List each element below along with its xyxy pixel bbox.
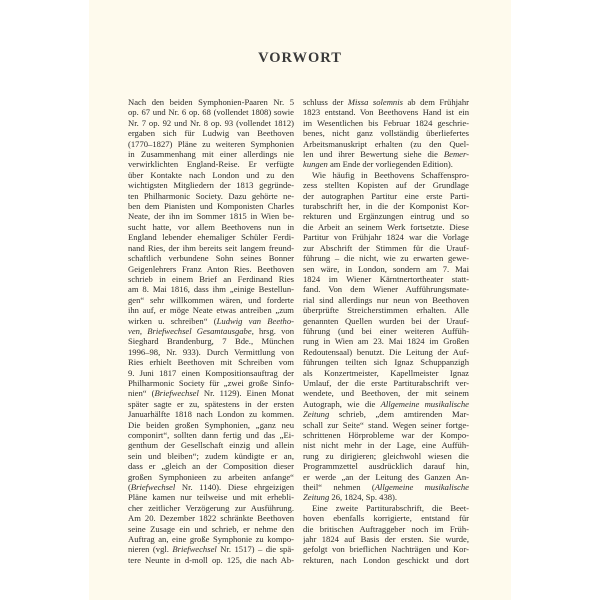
text-line: Januarhälfte 1818 nach London zu kommen. xyxy=(128,409,294,419)
document-page: VORWORT Nach den beiden Symphonien-Paare… xyxy=(89,0,511,600)
text-line: überprüfte Streicherstimmen erhalten. Al… xyxy=(303,305,469,315)
text-line: rung zu dirigieren; gleichwohl wiesen di… xyxy=(303,451,469,461)
text-line: schall zur Seite“ stand. Wegen seiner fo… xyxy=(303,420,469,430)
text-line: op. 67 und Nr. 6 op. 68 (vollendet 1808)… xyxy=(128,107,294,117)
text-line: ihn auf, er möge Neate etwas antreiben „… xyxy=(128,305,294,315)
text-line: wirken u. schreiben“ (Ludwig van Beetho- xyxy=(128,316,294,326)
text-line: seine Zusage ein und schrieb, er nehme d… xyxy=(128,524,294,534)
text-line: hoven ebenfalls korrigierte, entstand fü… xyxy=(303,513,469,523)
text-line: führung (und bei einer weiteren Auffüh- xyxy=(303,326,469,336)
text-line: Partitur von Frühjahr 1824 war die Vorla… xyxy=(303,232,469,242)
right-text-column: schluss der Missa solemnis ab dem Frühja… xyxy=(303,97,469,565)
text-line: Nr. 7 op. 92 und Nr. 8 op. 93 (vollendet… xyxy=(128,118,294,128)
text-line: ten Philharmonic Society. Dazu gehörte n… xyxy=(128,191,294,201)
text-line: ven, Briefwechsel Gesamtausgabe, hrsg. v… xyxy=(128,326,294,336)
text-line: gefolgt von brieflichen Nachträgen und K… xyxy=(303,544,469,554)
text-line: Pläne kamen nur teilweise und mit erhebl… xyxy=(128,492,294,502)
text-line: Redoutensaal) benutzt. Die Leitung der A… xyxy=(303,347,469,357)
text-line: sein und bleiben“; zudem kündigte er an, xyxy=(128,451,294,461)
text-line: rung in Wien am 23. Mai 1824 im Großen xyxy=(303,336,469,346)
text-line: cher zeitlicher Verzögerung zur Ausführu… xyxy=(128,503,294,513)
text-line: später sagte er zu, spätestens in der er… xyxy=(128,399,294,409)
text-line: er werde „an der Leitung des Ganzen An- xyxy=(303,472,469,482)
text-line: ben dem Pianisten und Komponisten Charle… xyxy=(128,201,294,211)
text-line: dass er „gleich an der Composition diese… xyxy=(128,461,294,471)
text-line: schrieb in einem Brief an Ferdinand Ries xyxy=(128,274,294,284)
text-line: Ries erhielt Beethoven mit Schreiben vom xyxy=(128,357,294,367)
text-line: nien“ (Briefwechsel Nr. 1129). Einen Mon… xyxy=(128,388,294,398)
text-line: Philharmonic Society für „zwei große Sin… xyxy=(128,378,294,388)
text-line: Nach den beiden Symphonien-Paaren Nr. 5 xyxy=(128,97,294,107)
text-line: jahr 1824 auf Basis der ersten. Sie wurd… xyxy=(303,534,469,544)
text-line: len und ihrer Bewertung siehe die Bemer- xyxy=(303,149,469,159)
text-line: schluss der Missa solemnis ab dem Frühja… xyxy=(303,97,469,107)
text-line: turabschrift her, in die der Komponist K… xyxy=(303,201,469,211)
text-line: über Kontakte nach London und zu den xyxy=(128,170,294,180)
text-line: Eine zweite Partiturabschrift, die Beet- xyxy=(303,503,469,513)
text-line: schaftlich verbundene Sohn seines Bonner xyxy=(128,253,294,263)
text-line: der autographen Partitur eine erste Part… xyxy=(303,191,469,201)
text-line: rial sind allerdings nur neun von Beetho… xyxy=(303,295,469,305)
text-line: Die beiden großen Symphonien, „ganz neu xyxy=(128,420,294,430)
text-line: führung – die nicht, wie zu erwarten gew… xyxy=(303,253,469,263)
text-line: ergaben sich für Ludwig van Beethoven xyxy=(128,128,294,138)
text-line: nand Ries, der ihm bereits seit langem f… xyxy=(128,243,294,253)
text-line: 1823 entstand. Von Beethovens Hand ist e… xyxy=(303,107,469,117)
text-line: componirt“, sollten dann fertig und das … xyxy=(128,430,294,440)
text-line: Am 20. Dezember 1822 schränkte Beethoven xyxy=(128,513,294,523)
text-line: Arbeitsmanuskript erhalten (zu den Quel- xyxy=(303,139,469,149)
text-line: schrittenen Hörprobleme war der Kompo- xyxy=(303,430,469,440)
page-title: VORWORT xyxy=(89,50,511,67)
text-line: gen“ sehr willkommen wären, und forderte xyxy=(128,295,294,305)
text-line: England lebender ehemaliger Schüler Ferd… xyxy=(128,232,294,242)
text-line: nieren (vgl. Briefwechsel Nr. 1517) – di… xyxy=(128,544,294,554)
text-line: genannten Quellen wurden bei der Urauf- xyxy=(303,316,469,326)
text-line: am 8. Mai 1816, dass ihm „einige Bestell… xyxy=(128,284,294,294)
text-line: theil“ nehmen (Allgemeine musikalische xyxy=(303,482,469,492)
text-line: benes, nicht ganz vollständig überliefer… xyxy=(303,128,469,138)
text-line: Auftrag an, eine große Symphonie zu komp… xyxy=(128,534,294,544)
text-line: Geigenlehrers Franz Anton Ries. Beethove… xyxy=(128,264,294,274)
text-line: 9. Juni 1817 einen Kompositionsauftrag d… xyxy=(128,368,294,378)
text-line: Zeitung schrieb, „dem amtirenden Mar- xyxy=(303,409,469,419)
text-line: rekturen, nach London geschickt und dort xyxy=(303,555,469,565)
text-line: sen wäre, in London, sondern am 7. Mai xyxy=(303,264,469,274)
text-line: Wie häufig in Beethovens Schaffenspro- xyxy=(303,170,469,180)
text-line: rekturen und Ergänzungen eintrug und so xyxy=(303,211,469,221)
text-line: genthum der Gesellschaft einzig und alle… xyxy=(128,440,294,450)
text-line: fand. Von dem Wiener Aufführungsmate- xyxy=(303,284,469,294)
text-line: führungen teilten sich Ignaz Schuppanzig… xyxy=(303,357,469,367)
text-line: als Konzertmeister, Kapellmeister Ignaz xyxy=(303,368,469,378)
text-line: 1824 im Wiener Kärntnertortheater statt- xyxy=(303,274,469,284)
text-line: (1770–1827) Pläne zu weiteren Symphonien xyxy=(128,139,294,149)
text-line: großen Symphonieen zu arbeiten anfange“ xyxy=(128,472,294,482)
text-line: wendete, und Beethoven, der mit seinem xyxy=(303,388,469,398)
text-line: Sieghard Brandenburg, 7 Bde., München xyxy=(128,336,294,346)
text-line: wichtigsten Mitgliedern der 1813 gegründ… xyxy=(128,180,294,190)
text-line: die britischen Auftraggeber noch im Früh… xyxy=(303,524,469,534)
text-line: die Arbeit an seinem Werk fortsetzte. Di… xyxy=(303,222,469,232)
text-line: verwirklichten England-Reise. Er verfügt… xyxy=(128,159,294,169)
text-line: zur Abschrift der Stimmen für die Urauf- xyxy=(303,243,469,253)
left-text-column: Nach den beiden Symphonien-Paaren Nr. 5o… xyxy=(128,97,294,565)
text-line: Programmzettel ausdrücklich darauf hin, xyxy=(303,461,469,471)
text-line: in Zusammenhang mit einer allerdings nie xyxy=(128,149,294,159)
text-line: kungen am Ende der vorliegenden Edition)… xyxy=(303,159,469,169)
text-line: zess stellten Kopisten auf der Grundlage xyxy=(303,180,469,190)
text-line: tere Neunte in d-moll op. 125, die nach … xyxy=(128,555,294,565)
text-line: 1996–98, Nr. 933). Durch Vermittlung von xyxy=(128,347,294,357)
text-line: Umlauf, der die erste Partiturabschrift … xyxy=(303,378,469,388)
text-line: Autograph, wie die Allgemeine musikalisc… xyxy=(303,399,469,409)
text-line: im Wesentlichen bis Februar 1824 geschri… xyxy=(303,118,469,128)
text-line: Neate, der ihn im Sommer 1815 in Wien be… xyxy=(128,211,294,221)
text-line: Zeitung 26, 1824, Sp. 438). xyxy=(303,492,469,502)
text-line: (Briefwechsel Nr. 1140). Diese ehrgeizig… xyxy=(128,482,294,492)
text-line: nist nicht mehr in der Lage, eine Auffüh… xyxy=(303,440,469,450)
text-line: sucht hatte, vor allem Beethovens nun in xyxy=(128,222,294,232)
